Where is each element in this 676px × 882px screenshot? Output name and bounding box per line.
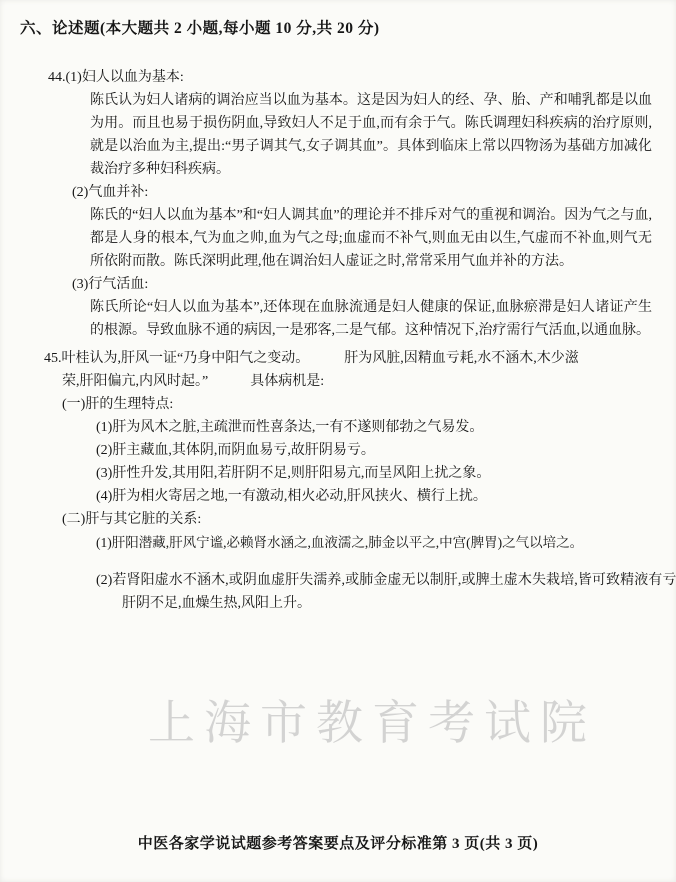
page-footer: 中医各家学说试题参考答案要点及评分标准第 3 页(共 3 页) (0, 832, 676, 853)
q45-intro-line-2: 荣,肝阳偏亢,内风时起。” 具体病机是: (62, 370, 676, 393)
watermark: 上海市教育考试院 (148, 686, 596, 753)
q45-section2-item-2: (2)若肾阳虚水不涵木,或阴血虚肝失濡养,或肺金虚无以制肝,或脾土虚木失栽培,皆… (96, 569, 676, 615)
q45-section1-heading: (一)肝的生理特点: (62, 393, 676, 416)
exam-answer-page: 六、论述题(本大题共 2 小题,每小题 10 分,共 20 分) 44.(1)妇… (0, 0, 676, 882)
q45-section1-item-4: (4)肝为相火寄居之地,一有激动,相火必动,肝风挟火、横行上扰。 (96, 485, 676, 508)
question-44: 44.(1)妇人以血为基本: 陈氏认为妇人诸病的调治应当以血为基本。这是因为妇人… (48, 66, 676, 342)
q44-part1-heading: (1)妇人以血为基本: (66, 70, 184, 85)
q44-part1-body: 陈氏认为妇人诸病的调治应当以血为基本。这是因为妇人的经、孕、胎、产和哺乳都是以血… (90, 89, 652, 181)
q45-section2-item-1: (1)肝阳潜藏,肝风宁谧,必赖肾水涵之,血液濡之,肺金以平之,中宫(脾胃)之气以… (96, 531, 676, 554)
q44-heading-line: 44.(1)妇人以血为基本: (48, 66, 676, 89)
q45-section1-item-3: (3)肝性升发,其用阳,若肝阴不足,则肝阳易亢,而呈风阳上扰之象。 (96, 462, 676, 485)
q45-section2-heading: (二)肝与其它脏的关系: (62, 508, 676, 531)
question-45: 45.叶桂认为,肝风一证“乃身中阳气之变动。 肝为风脏,因精血亏耗,水不涵木,木… (44, 347, 676, 615)
question-44-number: 44. (48, 70, 66, 85)
q44-part2-heading: (2)气血并补: (72, 181, 676, 204)
q45-intro-line-1: 45.叶桂认为,肝风一证“乃身中阳气之变动。 肝为风脏,因精血亏耗,水不涵木,木… (44, 347, 676, 370)
q44-part3-body: 陈氏所论“妇人以血为基本”,还体现在血脉流通是妇人健康的保证,血脉瘀滞是妇人诸证… (90, 296, 652, 342)
q44-part2-body: 陈氏的“妇人以血为基本”和“妇人调其血”的理论并不排斥对气的重视和调治。因为气之… (90, 204, 652, 273)
section-header: 六、论述题(本大题共 2 小题,每小题 10 分,共 20 分) (0, 0, 676, 38)
q45-intro-text-1: 叶桂认为,肝风一证“乃身中阳气之变动。 肝为风脏,因精血亏耗,水不涵木,木少滋 (62, 351, 579, 366)
question-45-number: 45. (44, 351, 62, 366)
q45-section1-item-1: (1)肝为风木之脏,主疏泄而性喜条达,一有不遂则郁勃之气易发。 (96, 416, 676, 439)
q45-section1-item-2: (2)肝主藏血,其体阴,而阴血易亏,故肝阴易亏。 (96, 439, 676, 462)
q44-part3-heading: (3)行气活血: (72, 273, 676, 296)
